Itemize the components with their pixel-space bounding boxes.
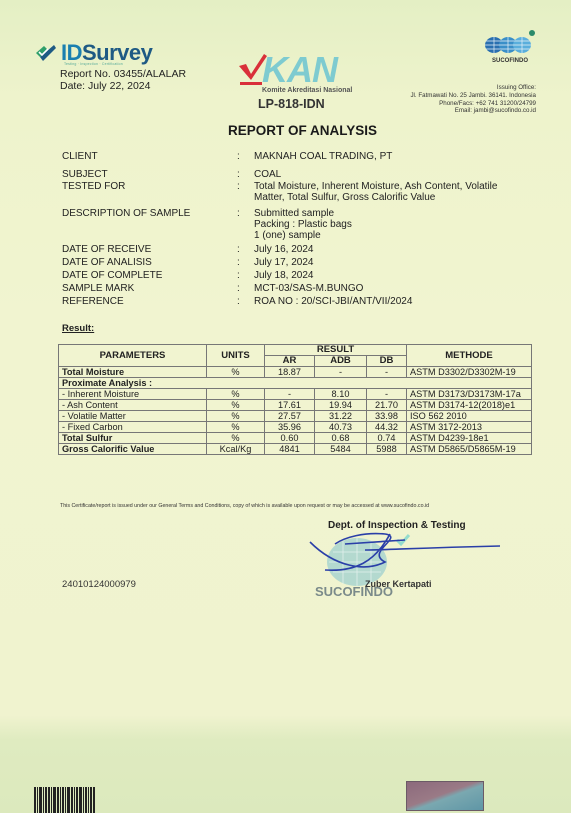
page-title: REPORT OF ANALYSIS bbox=[0, 123, 571, 138]
adb-cell: 40.73 bbox=[315, 422, 367, 433]
method-cell: ASTM D4239-18e1 bbox=[407, 433, 532, 444]
document-number: 24010124000979 bbox=[62, 579, 136, 590]
kan-logo: KAN bbox=[238, 52, 337, 88]
adb-cell: 8.10 bbox=[315, 389, 367, 400]
adb-cell: - bbox=[315, 367, 367, 378]
method-cell: ASTM 3172-2013 bbox=[407, 422, 532, 433]
table-row: - Fixed Carbon%35.9640.7344.32ASTM 3172-… bbox=[59, 422, 532, 433]
header-parameters: PARAMETERS bbox=[59, 345, 207, 367]
globe-icon bbox=[480, 30, 540, 54]
method-cell: ASTM D3174-12(2018)e1 bbox=[407, 400, 532, 411]
header-method: METHODE bbox=[407, 345, 532, 367]
department: Dept. of Inspection & Testing bbox=[328, 520, 466, 531]
accreditation-number: LP-818-IDN bbox=[258, 97, 325, 111]
checkmark-logo-icon bbox=[34, 43, 58, 63]
unit-cell: % bbox=[207, 411, 265, 422]
ar-cell: 0.60 bbox=[265, 433, 315, 444]
table-row: Total Moisture%18.87--ASTM D3302/D3302M-… bbox=[59, 367, 532, 378]
param-cell: - Inherent Moisture bbox=[59, 389, 207, 400]
results-body: Total Moisture%18.87--ASTM D3302/D3302M-… bbox=[59, 367, 532, 455]
db-cell: 44.32 bbox=[367, 422, 407, 433]
kan-wordmark: KAN bbox=[262, 52, 337, 88]
sucofindo-wordmark: SUCOFINDO bbox=[480, 58, 540, 64]
section-label: Proximate Analysis : bbox=[59, 378, 532, 389]
signature-stamp-icon: SUCOFINDO bbox=[305, 532, 505, 602]
param-cell: Total Moisture bbox=[59, 367, 207, 378]
ar-cell: 27.57 bbox=[265, 411, 315, 422]
report-number: Report No. 03455/ALALAR bbox=[60, 68, 186, 80]
table-row: Total Sulfur%0.600.680.74ASTM D4239-18e1 bbox=[59, 433, 532, 444]
adb-cell: 0.68 bbox=[315, 433, 367, 444]
unit-cell: % bbox=[207, 367, 265, 378]
issuing-office: Issuing Office: Jl. Fatmawati No. 25 Jam… bbox=[410, 84, 536, 115]
adb-cell: 5484 bbox=[315, 444, 367, 455]
kan-subtitle: Komite Akreditasi Nasional bbox=[262, 87, 352, 94]
results-table: PARAMETERS UNITS RESULT METHODE AR ADB D… bbox=[58, 344, 532, 455]
disclaimer: This Certificate/report is issued under … bbox=[60, 503, 429, 509]
method-cell: ASTM D3302/D3302M-19 bbox=[407, 367, 532, 378]
header-units: UNITS bbox=[207, 345, 265, 367]
table-row: Proximate Analysis : bbox=[59, 378, 532, 389]
db-cell: - bbox=[367, 389, 407, 400]
ar-cell: 4841 bbox=[265, 444, 315, 455]
table-row: Gross Calorific ValueKcal/Kg484154845988… bbox=[59, 444, 532, 455]
kan-check-icon bbox=[238, 54, 268, 86]
unit-cell: Kcal/Kg bbox=[207, 444, 265, 455]
header-ar: AR bbox=[265, 356, 315, 367]
result-heading: Result: bbox=[62, 323, 94, 334]
param-cell: Gross Calorific Value bbox=[59, 444, 207, 455]
method-cell: ASTM D3173/D3173M-17a bbox=[407, 389, 532, 400]
method-cell: ISO 562 2010 bbox=[407, 411, 532, 422]
table-row: - Inherent Moisture%-8.10-ASTM D3173/D31… bbox=[59, 389, 532, 400]
barcode-icon bbox=[34, 787, 108, 813]
param-cell: - Fixed Carbon bbox=[59, 422, 207, 433]
table-row: - Volatile Matter%27.5731.2233.98ISO 562… bbox=[59, 411, 532, 422]
header-result: RESULT bbox=[265, 345, 407, 356]
unit-cell: % bbox=[207, 389, 265, 400]
db-cell: - bbox=[367, 367, 407, 378]
db-cell: 0.74 bbox=[367, 433, 407, 444]
db-cell: 5988 bbox=[367, 444, 407, 455]
table-row: - Ash Content%17.6119.9421.70ASTM D3174-… bbox=[59, 400, 532, 411]
header-db: DB bbox=[367, 356, 407, 367]
method-cell: ASTM D5865/D5865M-19 bbox=[407, 444, 532, 455]
ar-cell: - bbox=[265, 389, 315, 400]
ar-cell: 17.61 bbox=[265, 400, 315, 411]
header-adb: ADB bbox=[315, 356, 367, 367]
unit-cell: % bbox=[207, 422, 265, 433]
security-seal-icon bbox=[406, 781, 484, 811]
param-cell: - Volatile Matter bbox=[59, 411, 207, 422]
ar-cell: 35.96 bbox=[265, 422, 315, 433]
adb-cell: 31.22 bbox=[315, 411, 367, 422]
signatory-name: Zuber Kertapati bbox=[365, 579, 432, 589]
param-cell: - Ash Content bbox=[59, 400, 207, 411]
adb-cell: 19.94 bbox=[315, 400, 367, 411]
logo-tagline: Testing · Inspection · Certification bbox=[64, 62, 123, 66]
report-meta: Report No. 03455/ALALAR Date: July 22, 2… bbox=[60, 68, 186, 92]
report-date: Date: July 22, 2024 bbox=[60, 80, 186, 92]
sucofindo-logo: SUCOFINDO bbox=[480, 30, 540, 64]
param-cell: Total Sulfur bbox=[59, 433, 207, 444]
db-cell: 33.98 bbox=[367, 411, 407, 422]
db-cell: 21.70 bbox=[367, 400, 407, 411]
unit-cell: % bbox=[207, 400, 265, 411]
unit-cell: % bbox=[207, 433, 265, 444]
ar-cell: 18.87 bbox=[265, 367, 315, 378]
